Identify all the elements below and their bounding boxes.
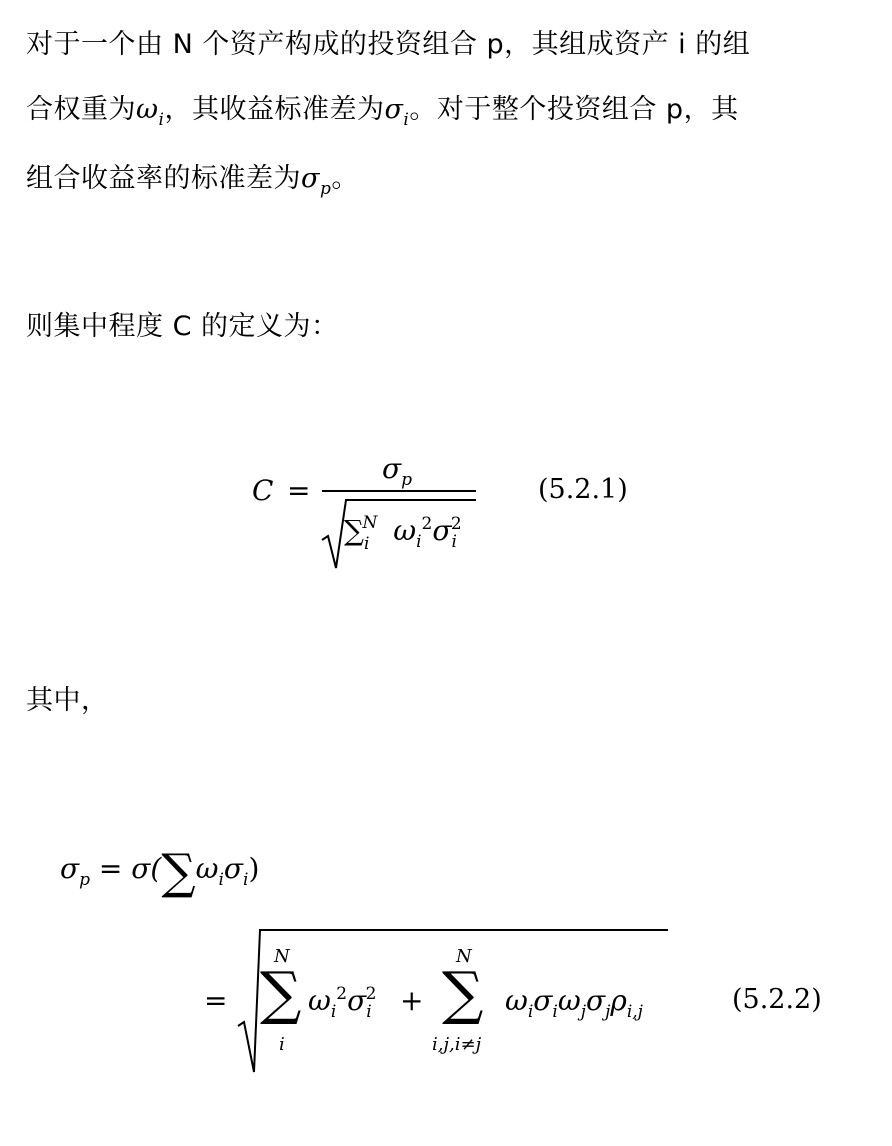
sigma-symbol: σ — [224, 852, 243, 885]
close-paren: ) — [248, 852, 259, 885]
text: 组合收益率的标准差为 — [26, 163, 301, 194]
text: ，其收益标准差为 — [164, 94, 384, 125]
omega-symbol: ω — [308, 984, 331, 1017]
sigma-symbol: σ — [382, 452, 401, 485]
omega-symbol: ω — [558, 984, 581, 1017]
superscript: N — [362, 513, 377, 533]
text: 。对于整个投资组合 p，其 — [409, 94, 738, 125]
eq2-equals: = — [204, 984, 227, 1017]
subscript: i — [552, 1002, 557, 1022]
sigma-symbol: σ — [384, 94, 403, 125]
superscript: 2 — [422, 514, 433, 534]
equation-number: (5.2.2) — [732, 984, 822, 1015]
eq1-lhs: C — [252, 474, 273, 507]
subscript: p — [401, 470, 412, 490]
subscript: p — [79, 870, 90, 890]
sigma-symbol: σ — [347, 984, 366, 1017]
omega-symbol: ω — [393, 514, 416, 547]
sum-lower-limit: i — [279, 1034, 285, 1055]
equation-number: (5.2.1) — [538, 474, 628, 505]
intro-paragraph: 对于一个由 N 个资产构成的投资组合 p，其组成资产 i 的组 合权重为ωi，其… — [26, 12, 866, 215]
sum-symbol: ∑ — [442, 964, 483, 1022]
subscript: i — [331, 1002, 336, 1022]
superscript: 2 — [336, 984, 347, 1004]
sigma-symbol: σ — [432, 514, 451, 547]
omega-symbol: ω — [136, 94, 159, 125]
subscript: i — [364, 534, 369, 554]
term-1: ωi2σi2 — [308, 984, 383, 1017]
sigma-symbol: σ — [586, 984, 605, 1017]
eq1-numerator: σp — [382, 452, 412, 485]
plus: + — [400, 984, 423, 1017]
sigma-symbol: σ — [533, 984, 552, 1017]
definition-intro: 则集中程度 C 的定义为： — [26, 294, 866, 359]
subscript: j — [581, 1002, 586, 1022]
omega-symbol: ω — [196, 852, 219, 885]
sum-symbol: ∑ — [260, 964, 301, 1022]
rho-symbol: ρ — [610, 984, 626, 1017]
equals: = — [99, 852, 122, 885]
sigma-function: σ( — [131, 852, 161, 885]
subscript: i — [416, 532, 421, 552]
superscript: 2 — [451, 514, 462, 534]
intro-line-2: 合权重为ωi，其收益标准差为σi。对于整个投资组合 p，其 — [26, 77, 866, 146]
subscript: i — [243, 870, 248, 890]
superscript: 2 — [366, 984, 377, 1004]
sum-lower-limit: i,j,i≠j — [432, 1034, 481, 1055]
subscript: i — [403, 110, 409, 130]
text: 合权重为 — [26, 94, 136, 125]
sum-symbol: ∑ — [161, 848, 195, 896]
intro-line-3: 组合收益率的标准差为σp。 — [26, 146, 866, 215]
subscript: i,j — [627, 1002, 643, 1022]
sigma-symbol: σ — [301, 163, 320, 194]
fraction-bar — [322, 490, 476, 492]
sigma-symbol: σ — [60, 852, 79, 885]
where-label: 其中， — [26, 668, 866, 733]
subscript: i — [451, 532, 456, 552]
term-2: ωiσiωjσjρi,j — [505, 984, 643, 1017]
subscript: p — [320, 179, 331, 199]
eq1-equals: = — [287, 474, 310, 507]
omega-symbol: ω — [505, 984, 528, 1017]
subscript: i — [159, 110, 165, 130]
subscript: i — [366, 1002, 371, 1022]
eq2-line-1: σp = σ(∑ωiσi) — [60, 848, 259, 908]
sum-symbol: ∑ — [344, 514, 364, 547]
subscript: i — [528, 1002, 533, 1022]
subscript: i — [218, 870, 223, 890]
eq1-denominator: ∑iN ωi2σi2 — [344, 514, 468, 547]
text: 。 — [331, 163, 359, 194]
intro-line-1: 对于一个由 N 个资产构成的投资组合 p，其组成资产 i 的组 — [26, 12, 866, 77]
subscript: j — [605, 1002, 610, 1022]
